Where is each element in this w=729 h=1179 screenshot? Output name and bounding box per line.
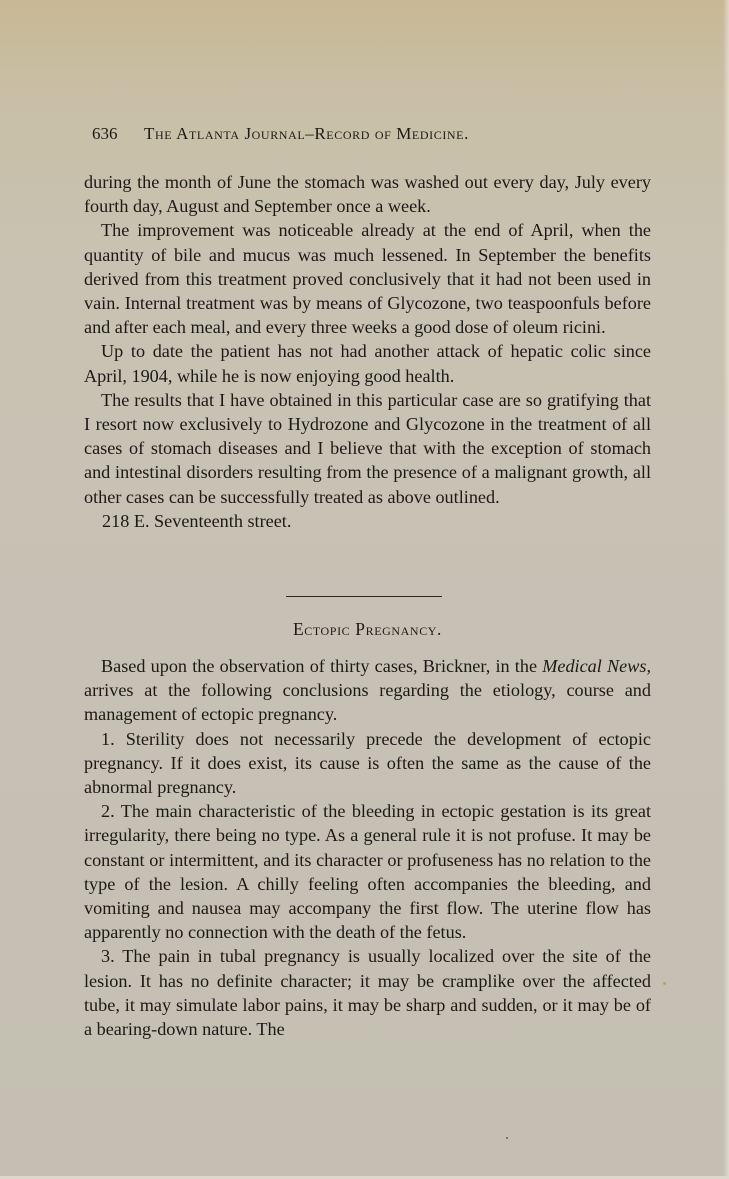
paragraph: during the month of June the stomach was… xyxy=(84,170,651,218)
section-divider xyxy=(286,596,442,597)
scanned-page: 636The Atlanta Journal–Record of Medicin… xyxy=(0,0,729,1179)
journal-title: The Atlanta Journal–Record of Medicine. xyxy=(144,124,469,143)
paragraph: The results that I have obtained in this… xyxy=(84,388,651,509)
paragraph: Up to date the patient has not had anoth… xyxy=(84,339,651,387)
journal-citation: Medical News, xyxy=(542,656,651,676)
running-head: 636The Atlanta Journal–Record of Medicin… xyxy=(92,124,652,144)
article-continuation: during the month of June the stomach was… xyxy=(84,170,651,533)
intro-paragraph: Based upon the observation of thirty cas… xyxy=(84,654,651,727)
author-address: 218 E. Seventeenth street. xyxy=(84,509,651,533)
intro-text: Based upon the observation of thirty cas… xyxy=(101,656,542,676)
paragraph: The improvement was noticeable already a… xyxy=(84,218,651,339)
paper-speck xyxy=(506,1137,508,1139)
numbered-item: 2. The main characteristic of the bleedi… xyxy=(84,799,651,944)
numbered-item: 3. The pain in tubal pregnancy is usuall… xyxy=(84,944,651,1041)
section-title: Ectopic Pregnancy. xyxy=(84,618,651,640)
paper-speck xyxy=(663,982,666,985)
intro-text: arrives at the following conclusions reg… xyxy=(84,680,651,724)
page-edge-highlight xyxy=(723,0,729,1179)
section-body: Based upon the observation of thirty cas… xyxy=(84,654,651,1041)
page-number: 636 xyxy=(92,124,144,144)
numbered-item: 1. Sterility does not necessarily preced… xyxy=(84,727,651,800)
